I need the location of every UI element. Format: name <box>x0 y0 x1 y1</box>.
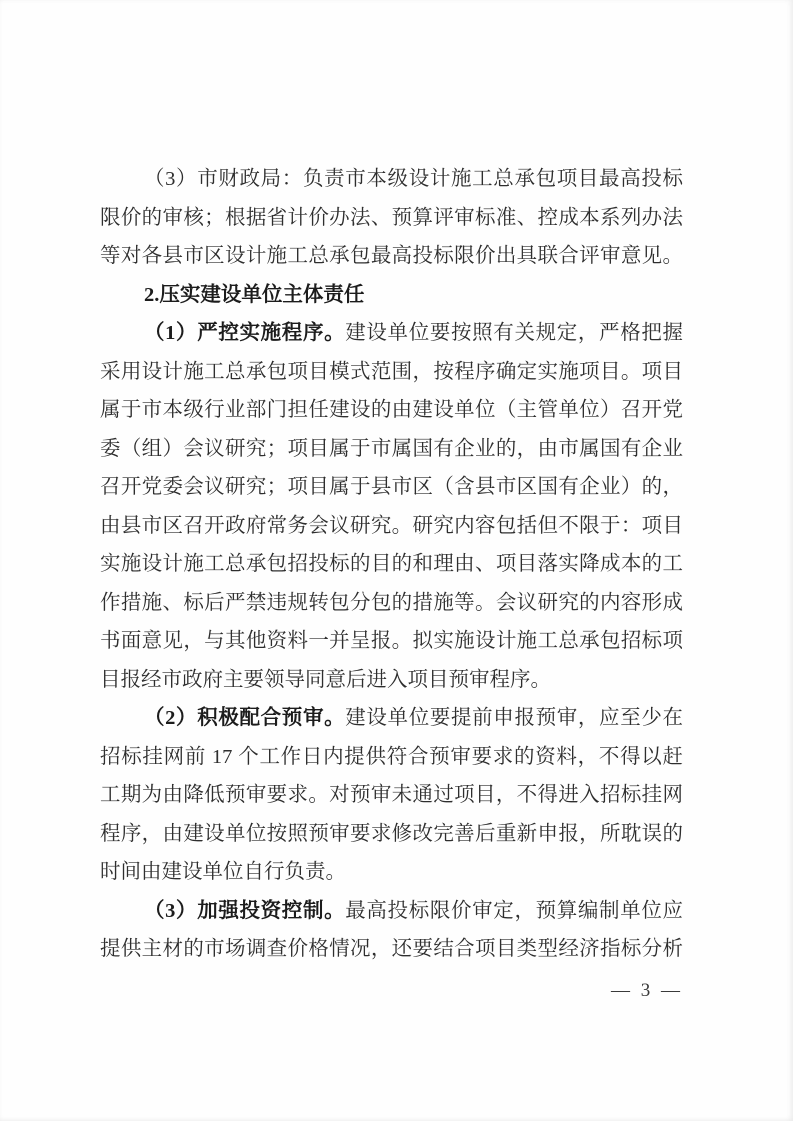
bold-text-run: （2）积极配合预审。 <box>144 707 345 729</box>
page-number: — 3 — <box>611 976 683 1006</box>
bold-text-run: （1）严控实施程序。 <box>144 322 345 344</box>
text-line: 召开党委会议研究；项目属于县市区（含县市区国有企业）的， <box>100 468 683 507</box>
text-run: 采用设计施工总承包项目模式范围，按程序确定实施项目。项目 <box>100 361 683 383</box>
text-line: 委（组）会议研究；项目属于市属国有企业的，由市属国有企业 <box>100 430 683 469</box>
text-line: 目报经市政府主要领导同意后进入项目预审程序。 <box>100 661 683 700</box>
text-run: 由县市区召开政府常务会议研究。研究内容包括但不限于：项目 <box>100 515 683 537</box>
text-line: （3）市财政局：负责市本级设计施工总承包项目最高投标 <box>100 160 683 199</box>
text-line: 提供主材的市场调查价格情况，还要结合项目类型经济指标分析 <box>100 930 683 969</box>
text-line: （3）加强投资控制。最高投标限价审定，预算编制单位应 <box>100 892 683 931</box>
text-run: 召开党委会议研究；项目属于县市区（含县市区国有企业）的， <box>100 476 683 498</box>
text-run: 程序，由建设单位按照预审要求修改完善后重新申报，所耽误的 <box>100 823 683 845</box>
text-line: 2.压实建设单位主体责任 <box>100 276 683 315</box>
text-line: 采用设计施工总承包项目模式范围，按程序确定实施项目。项目 <box>100 353 683 392</box>
text-line: 属于市本级行业部门担任建设的由建设单位（主管单位）召开党 <box>100 391 683 430</box>
text-line: 工期为由降低预审要求。对预审未通过项目，不得进入招标挂网 <box>100 776 683 815</box>
text-line: 等对各县市区设计施工总承包最高投标限价出具联合评审意见。 <box>100 237 683 276</box>
text-run: 实施设计施工总承包招投标的目的和理由、项目落实降成本的工 <box>100 553 683 575</box>
text-line: 书面意见，与其他资料一并呈报。拟实施设计施工总承包招标项 <box>100 622 683 661</box>
text-line: 程序，由建设单位按照预审要求修改完善后重新申报，所耽误的 <box>100 815 683 854</box>
bold-text-run: 2.压实建设单位主体责任 <box>144 284 364 306</box>
text-run: 建设单位要按照有关规定，严格把握 <box>345 322 683 344</box>
text-run: （3）市财政局：负责市本级设计施工总承包项目最高投标 <box>144 168 683 190</box>
document-page: （3）市财政局：负责市本级设计施工总承包项目最高投标限价的审核；根据省计价办法、… <box>0 0 793 1121</box>
text-run: 最高投标限价审定，预算编制单位应 <box>345 900 683 922</box>
text-line: （2）积极配合预审。建设单位要提前申报预审，应至少在 <box>100 699 683 738</box>
text-line: 作措施、标后严禁违规转包分包的措施等。会议研究的内容形成 <box>100 584 683 623</box>
text-line: 招标挂网前 17 个工作日内提供符合预审要求的资料，不得以赶 <box>100 738 683 777</box>
text-line: 限价的审核；根据省计价办法、预算评审标准、控成本系列办法 <box>100 199 683 238</box>
text-run: 招标挂网前 17 个工作日内提供符合预审要求的资料，不得以赶 <box>100 746 683 768</box>
text-run: 等对各县市区设计施工总承包最高投标限价出具联合评审意见。 <box>100 245 683 267</box>
text-run: 建设单位要提前申报预审，应至少在 <box>345 707 683 729</box>
text-run: 目报经市政府主要领导同意后进入项目预审程序。 <box>100 669 551 691</box>
text-run: 时间由建设单位自行负责。 <box>100 861 346 883</box>
text-run: 工期为由降低预审要求。对预审未通过项目，不得进入招标挂网 <box>100 784 683 806</box>
document-body: （3）市财政局：负责市本级设计施工总承包项目最高投标限价的审核；根据省计价办法、… <box>100 160 683 969</box>
text-line: （1）严控实施程序。建设单位要按照有关规定，严格把握 <box>100 314 683 353</box>
text-run: 限价的审核；根据省计价办法、预算评审标准、控成本系列办法 <box>100 207 683 229</box>
text-line: 由县市区召开政府常务会议研究。研究内容包括但不限于：项目 <box>100 507 683 546</box>
text-line: 时间由建设单位自行负责。 <box>100 853 683 892</box>
bold-text-run: （3）加强投资控制。 <box>144 900 345 922</box>
text-run: 书面意见，与其他资料一并呈报。拟实施设计施工总承包招标项 <box>100 630 683 652</box>
text-run: 委（组）会议研究；项目属于市属国有企业的，由市属国有企业 <box>100 438 683 460</box>
text-run: 属于市本级行业部门担任建设的由建设单位（主管单位）召开党 <box>100 399 683 421</box>
text-run: 提供主材的市场调查价格情况，还要结合项目类型经济指标分析 <box>100 938 683 960</box>
text-line: 实施设计施工总承包招投标的目的和理由、项目落实降成本的工 <box>100 545 683 584</box>
text-run: 作措施、标后严禁违规转包分包的措施等。会议研究的内容形成 <box>100 592 683 614</box>
